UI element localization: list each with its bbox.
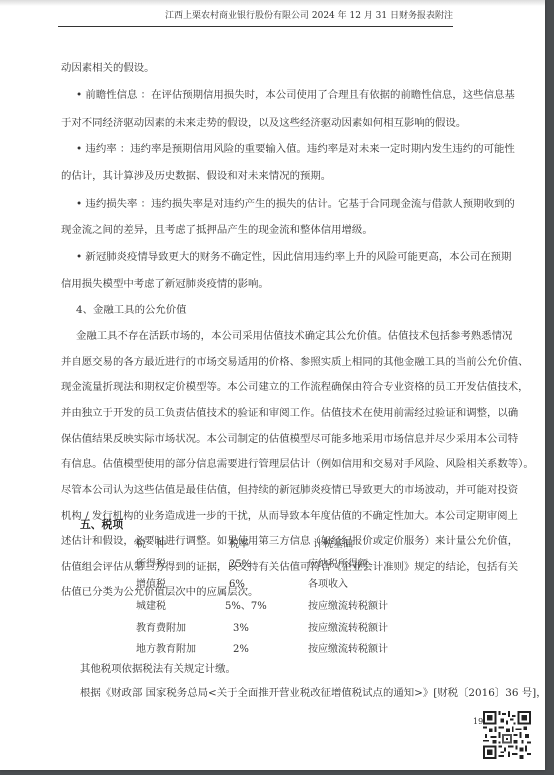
body-line: 的估计，其计算涉及历史数据、假设和对未来情况的预期。	[61, 169, 331, 183]
body-line: 动因素相关的假设。	[61, 61, 155, 75]
table-header-rate: 税率	[229, 538, 249, 552]
section-title: 五、税项	[80, 518, 123, 532]
bullet-forward-looking: • 前瞻性信息 ：在评估预期信用损失时，本公司使用了合理且有依据的前瞻性信息，这…	[76, 88, 515, 102]
table-cell: 3%	[233, 622, 249, 636]
table-cell: 按应缴流转税额计	[308, 600, 388, 614]
body-line: 保估值结果反映实际市场状况。本公司制定的估值模型尽可能多地采用市场信息并尽少采用…	[61, 432, 518, 446]
body-line: 并由独立于开发的员工负责估值技术的验证和审阅工作。估值技术在使用前需经过验证和调…	[61, 406, 518, 420]
table-cell: 地方教育附加	[136, 643, 196, 657]
body-line: 于对不同经济驱动因素的未来走势的假设，以及这些经济驱动因素如何相互影响的假设。	[61, 116, 466, 130]
table-cell: 2%	[233, 643, 249, 657]
table-cell: 所得税	[136, 558, 166, 572]
body-line: 根据《财政部 国家税务总局<关于全面推开营业税改征增值税试点的通知>》[财税〔2…	[80, 686, 547, 700]
subsection-title: 4、金融工具的公允价值	[76, 303, 187, 317]
bullet-pd: • 违约率 ：违约率是预期信用风险的重要输入值。违约率是对未来一定时期内发生违约…	[76, 142, 515, 156]
table-cell: 按应缴流转税额计	[308, 622, 388, 636]
page-number: 19	[473, 717, 483, 726]
body-line: 金融工具不存在活跃市场的，本公司采用估值技术确定其公允价值。估值技术包括参考熟悉…	[76, 329, 512, 343]
table-cell: 各项收入	[308, 578, 348, 592]
bullet-covid: • 新冠肺炎疫情导致更大的财务不确定性，因此信用违约率上升的风险可能更高，本公司…	[76, 250, 511, 264]
body-line: 尽管本公司认为这些估值是最佳估值，但持续的新冠肺炎疫情已导致更大的市场波动，并可…	[61, 483, 518, 497]
table-cell: 教育费附加	[136, 622, 186, 636]
page-top-shadow	[0, 0, 545, 6]
table-header-tax-type: 税 种	[136, 538, 166, 552]
table-header-basis: 计税基础	[313, 538, 353, 552]
body-line: 述估计和假设，必要时进行调整。如果使用第三方信息（如经纪报价或定价服务）来计量公…	[61, 534, 518, 548]
table-cell: 25%	[229, 558, 251, 572]
body-line: 机构 / 发行机构的业务造成进一步的干扰，从而导致本年度估值的不确定性加大。本公…	[61, 509, 518, 523]
body-line: 有信息。估值模型使用的部分信息需要进行管理层估计（例如信用和交易对手风险、风险相…	[61, 457, 534, 471]
body-line: 信用损失模型中考虑了新冠肺炎疫情的影响。	[61, 277, 269, 291]
body-line: 现金流量折现法和期权定价模型等。本公司建立的工作流程确保由符合专业资格的员工开发…	[61, 380, 529, 394]
table-cell: 应纳税所得额	[308, 558, 368, 572]
tax-note: 其他税项依据税法有关规定计缴。	[80, 662, 236, 676]
table-cell: 城建税	[136, 600, 166, 614]
table-cell: 增值税	[136, 578, 166, 592]
body-line: 估值组会评估从第三方得到的证据，以支持有关估值可符合《企业会计准则》规定的结论，…	[61, 560, 518, 574]
body-line: 现金流之间的差异，且考虑了抵押品产生的现金流和整体信用增级。	[61, 223, 373, 237]
table-cell: 5%、7%	[225, 600, 267, 614]
page-header: 江西上栗农村商业银行股份有限公司 2024 年 12 月 31 日财务报表附注	[58, 8, 453, 27]
table-cell: 6%	[229, 578, 245, 592]
qr-code-icon	[483, 710, 531, 760]
table-cell: 按应缴流转税额计	[308, 643, 388, 657]
bullet-lgd: • 违约损失率 ：违约损失率是对违约产生的损失的估计。它基于合同现金流与借款人预…	[76, 197, 515, 211]
body-line: 并自愿交易的各方最近进行的市场交易适用的价格、参照实质上相同的其他金融工具的当前…	[61, 355, 529, 369]
document-page: 江西上栗农村商业银行股份有限公司 2024 年 12 月 31 日财务报表附注 …	[0, 0, 545, 770]
